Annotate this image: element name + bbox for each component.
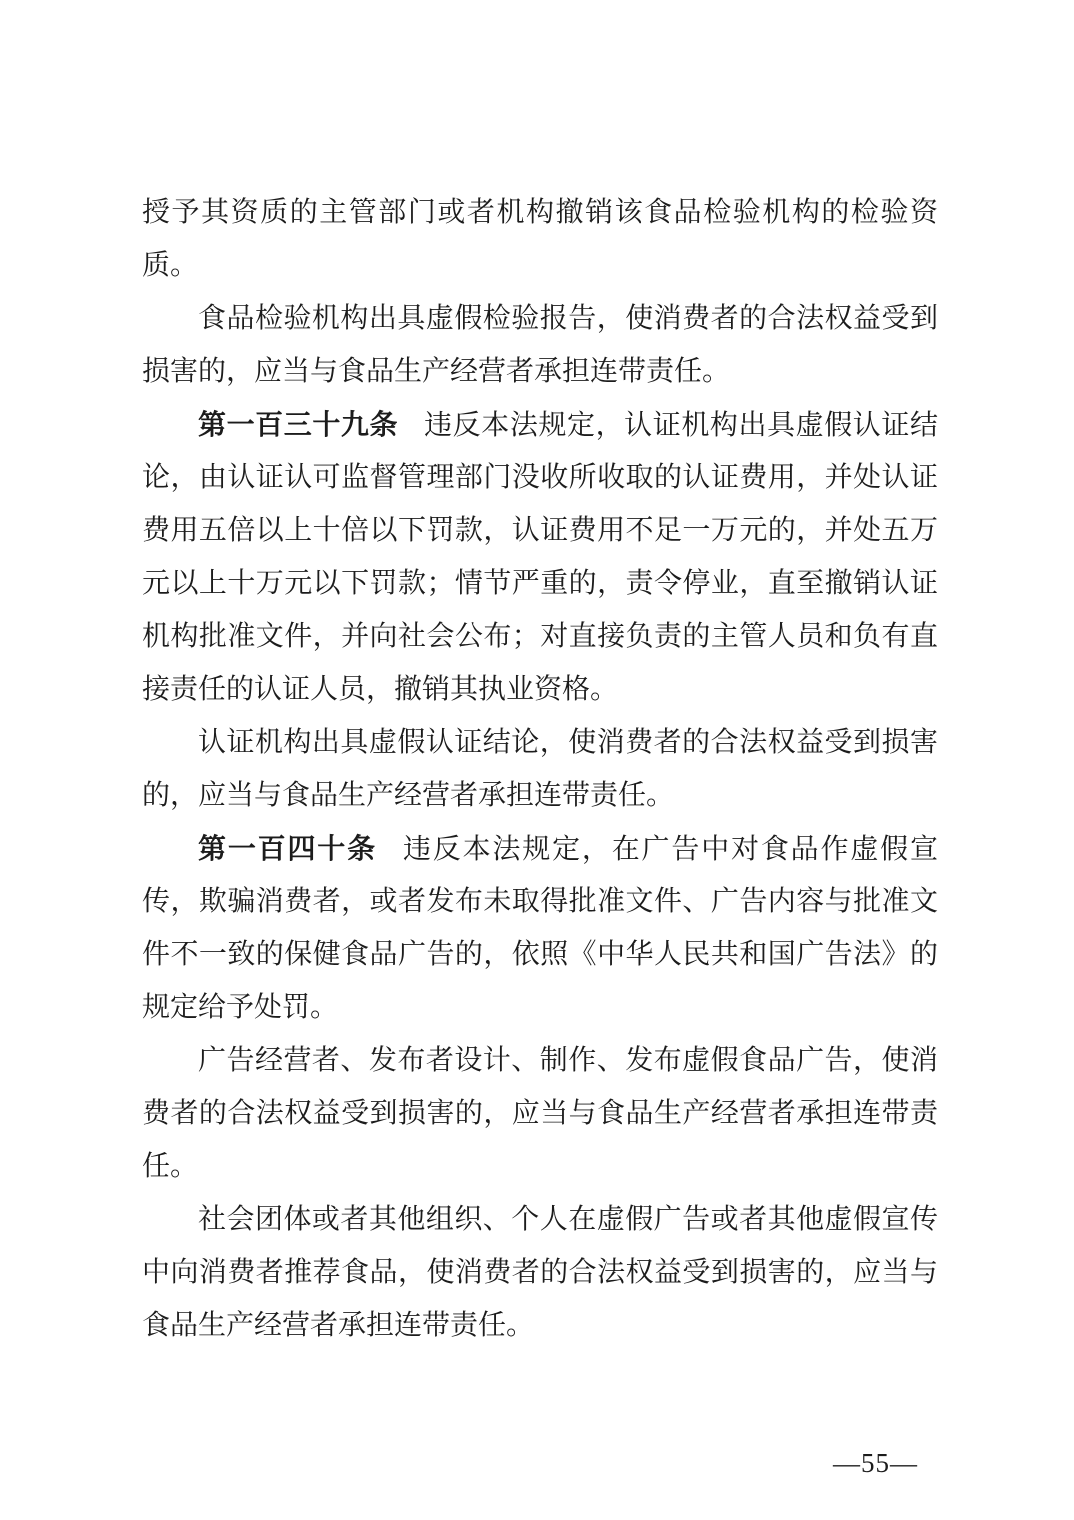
text-line: 机构批准文件，并向社会公布；对直接负责的主管人员和负有直 <box>142 610 938 663</box>
document-body: 授予其资质的主管部门或者机构撤销该食品检验机构的检验资质。食品检验机构出具虚假检… <box>142 186 938 1352</box>
article-body-text: 违反本法规定，认证机构出具虚假认证结 <box>424 410 938 441</box>
para-certification-false-conclusion-liability: 认证机构出具虚假认证结论，使消费者的合法权益受到损害的，应当与食品生产经营者承担… <box>142 716 938 822</box>
text-line: 认证机构出具虚假认证结论，使消费者的合法权益受到损害 <box>142 716 938 769</box>
para-continuation-inspection-revocation: 授予其资质的主管部门或者机构撤销该食品检验机构的检验资质。 <box>142 186 938 292</box>
text-line: 传，欺骗消费者，或者发布未取得批准文件、广告内容与批准文 <box>142 875 938 928</box>
text-line: 费用五倍以上十倍以下罚款，认证费用不足一万元的，并处五万 <box>142 504 938 557</box>
text-line: 食品检验机构出具虚假检验报告，使消费者的合法权益受到 <box>142 292 938 345</box>
text-line: 任。 <box>142 1140 938 1193</box>
text-line: 食品生产经营者承担连带责任。 <box>142 1299 938 1352</box>
article-number-heading: 第一百四十条 <box>198 833 377 864</box>
page-number: —55— <box>833 1446 918 1480</box>
article-140: 第一百四十条违反本法规定，在广告中对食品作虚假宣传，欺骗消费者，或者发布未取得批… <box>142 822 938 1034</box>
text-line: 第一百四十条违反本法规定，在广告中对食品作虚假宣 <box>142 822 938 875</box>
para-social-group-recommendation-liability: 社会团体或者其他组织、个人在虚假广告或者其他虚假宣传中向消费者推荐食品，使消费者… <box>142 1193 938 1352</box>
text-line: 元以上十万元以下罚款；情节严重的，责令停业，直至撤销认证 <box>142 557 938 610</box>
document-page: 授予其资质的主管部门或者机构撤销该食品检验机构的检验资质。食品检验机构出具虚假检… <box>0 0 1074 1520</box>
para-inspection-false-report-liability: 食品检验机构出具虚假检验报告，使消费者的合法权益受到损害的，应当与食品生产经营者… <box>142 292 938 398</box>
text-line: 授予其资质的主管部门或者机构撤销该食品检验机构的检验资 <box>142 186 938 239</box>
article-body-text: 违反本法规定，在广告中对食品作虚假宣 <box>403 834 938 865</box>
text-line: 件不一致的保健食品广告的，依照《中华人民共和国广告法》的 <box>142 928 938 981</box>
para-ad-operator-liability: 广告经营者、发布者设计、制作、发布虚假食品广告，使消费者的合法权益受到损害的，应… <box>142 1034 938 1193</box>
text-line: 的，应当与食品生产经营者承担连带责任。 <box>142 769 938 822</box>
text-line: 第一百三十九条违反本法规定，认证机构出具虚假认证结 <box>142 398 938 451</box>
text-line: 接责任的认证人员，撤销其执业资格。 <box>142 663 938 716</box>
text-line: 费者的合法权益受到损害的，应当与食品生产经营者承担连带责 <box>142 1087 938 1140</box>
text-line: 规定给予处罚。 <box>142 981 938 1034</box>
article-number-heading: 第一百三十九条 <box>198 409 398 440</box>
text-line: 论，由认证认可监督管理部门没收所收取的认证费用，并处认证 <box>142 451 938 504</box>
text-line: 质。 <box>142 239 938 292</box>
text-line: 损害的，应当与食品生产经营者承担连带责任。 <box>142 345 938 398</box>
text-line: 社会团体或者其他组织、个人在虚假广告或者其他虚假宣传 <box>142 1193 938 1246</box>
article-139: 第一百三十九条违反本法规定，认证机构出具虚假认证结论，由认证认可监督管理部门没收… <box>142 398 938 716</box>
text-line: 中向消费者推荐食品，使消费者的合法权益受到损害的，应当与 <box>142 1246 938 1299</box>
text-line: 广告经营者、发布者设计、制作、发布虚假食品广告，使消 <box>142 1034 938 1087</box>
